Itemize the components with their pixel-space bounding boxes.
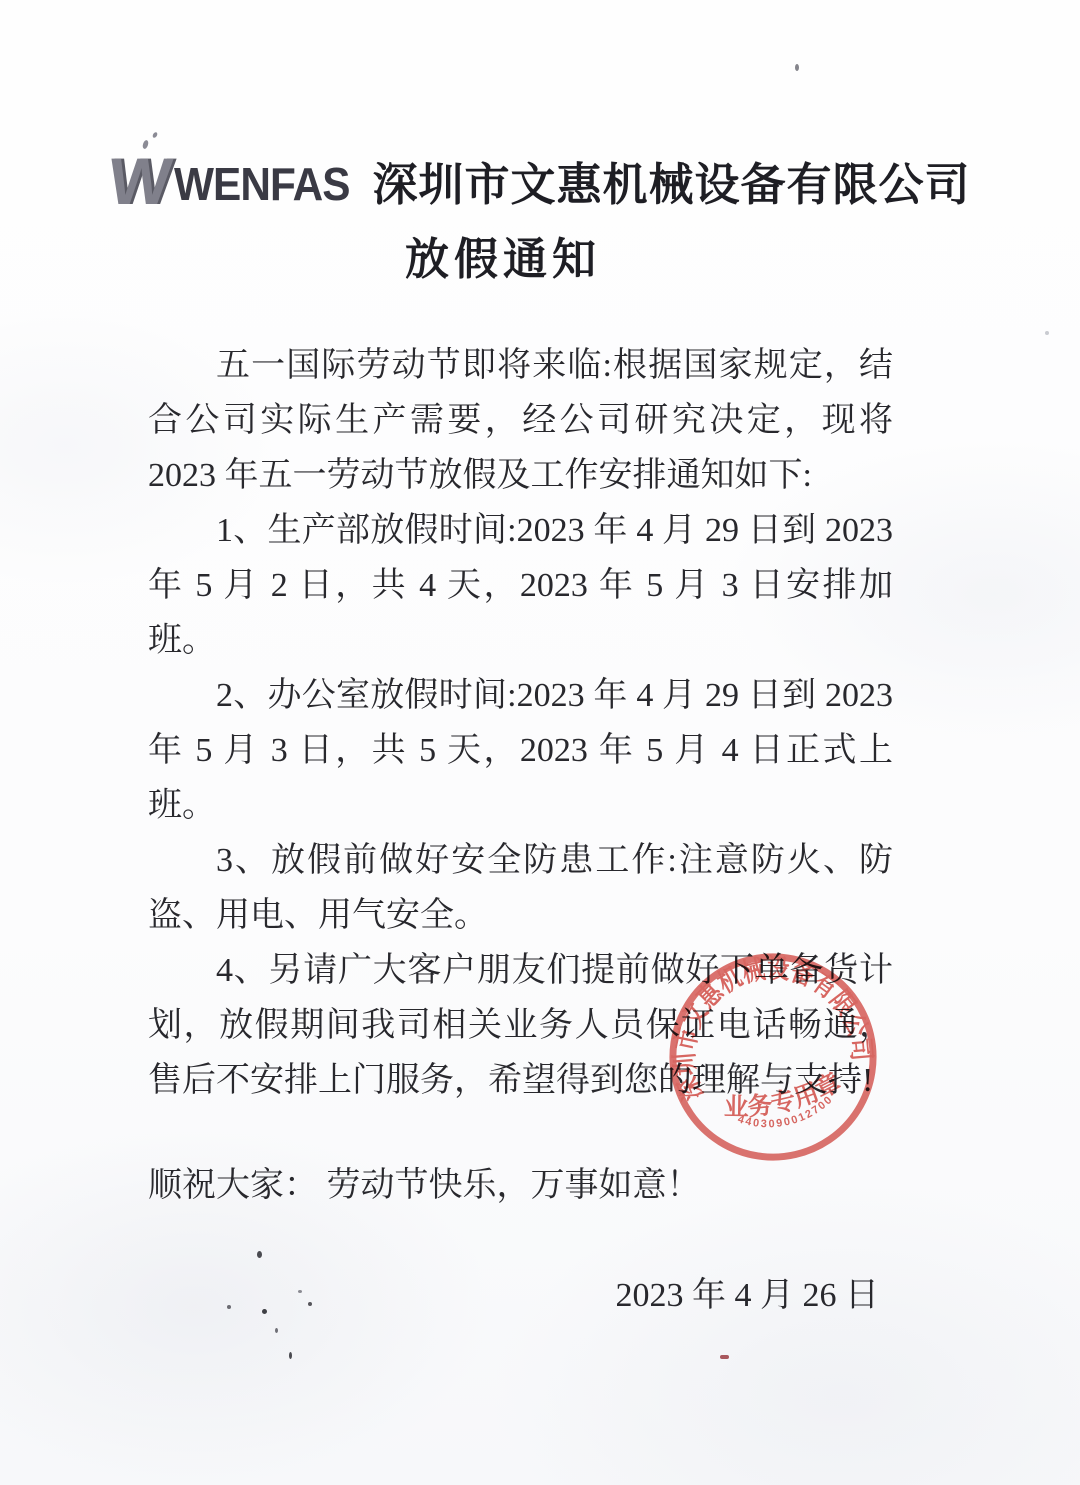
logo-wordmark: wenfas — [174, 158, 350, 210]
scan-speck — [1045, 331, 1049, 335]
logo-w-icon: W — [106, 152, 174, 210]
item-2-office: 2、办公室放假时间:2023 年 4 月 29 日到 2023 年 5 月 3 … — [148, 668, 893, 833]
scan-speck — [720, 1355, 729, 1359]
item-1-production: 1、生产部放假时间:2023 年 4 月 29 日到 2023 年 5 月 2 … — [148, 503, 893, 668]
scanned-holiday-notice: W wenfas 深圳市文惠机械设备有限公司 放假通知 五一国际劳动节即将来临:… — [0, 0, 1080, 1485]
page-title: 放假通知 — [0, 223, 1080, 287]
intro-paragraph: 五一国际劳动节即将来临:根据国家规定，结合公司实际生产需要，经公司研究决定，现将… — [148, 338, 893, 503]
notice-body: 五一国际劳动节即将来临:根据国家规定，结合公司实际生产需要，经公司研究决定，现将… — [148, 338, 893, 1323]
wenfas-logo: W wenfas — [109, 152, 364, 210]
document-header: W wenfas 深圳市文惠机械设备有限公司 放假通知 — [0, 148, 1080, 287]
scan-speck — [275, 1328, 278, 1333]
item-3-safety: 3、放假前做好安全防患工作:注意防火、防盗、用电、用气安全。 — [148, 833, 893, 943]
scan-speck — [795, 64, 799, 71]
scan-speck — [289, 1352, 292, 1359]
logo-spark-icon — [152, 131, 158, 138]
company-name: 深圳市文惠机械设备有限公司 — [373, 148, 971, 213]
notice-date: 2023 年 4 月 26 日 — [148, 1268, 893, 1323]
